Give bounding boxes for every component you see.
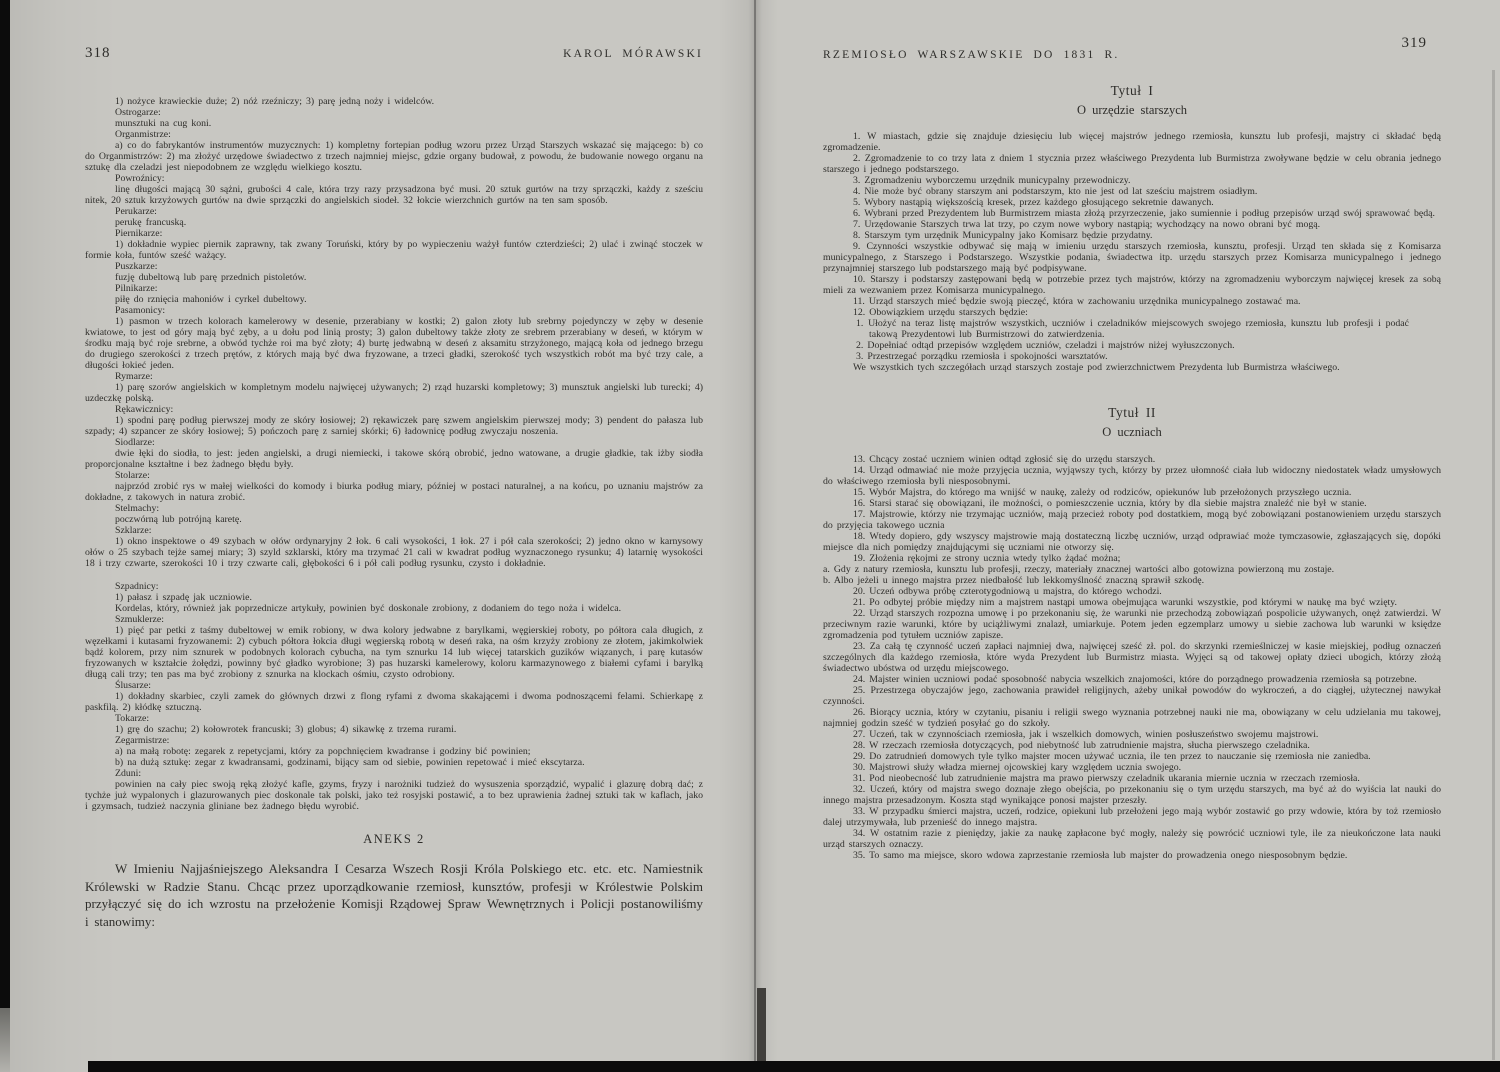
paragraph: 16. Starsi starać się obowiązani, ile mo… [823,498,1441,509]
paragraph: 19. Złożenia rękojmi ze strony ucznia wt… [823,553,1441,564]
paragraph: 3. Przestrzegać porządku rzemiosła i spo… [869,351,1409,362]
paragraph: Rymarze: [85,371,703,382]
paragraph: 1) okno inspektowe o 49 szybach w ołów o… [85,536,703,569]
paragraph: 1) parę szorów angielskich w kompletnym … [85,382,703,404]
paragraph: Zegarmistrze: [85,735,703,746]
page-318: 318 KAROL MÓRAWSKI 1) nożyce krawieckie … [85,45,703,930]
paragraph: 6. Wybrani przed Prezydentem lub Burmist… [823,208,1441,219]
paragraph: 24. Majster winien uczniowi podać sposob… [823,674,1441,685]
scan-edge-left [0,0,10,1008]
paragraph: 25. Przestrzega obyczajów jego, zachowan… [823,685,1441,707]
paragraph: 22. Urząd starszych rozpozna umowę i po … [823,608,1441,641]
paragraph: Organmistrze: [85,129,703,140]
paragraph: b) na dużą sztukę: zegar z kwadransami, … [85,757,703,768]
aneks-paragraph: W Imieniu Najjaśniejszego Aleksandra I C… [85,860,703,930]
paragraph: linę długości mającą 30 sążni, grubości … [85,184,703,206]
page-fold-dark-bottom [757,988,766,1062]
paragraph: 4. Nie może być obrany starszym ani pods… [823,186,1441,197]
paragraph: 21. Po odbytej próbie między nim a majst… [823,597,1441,608]
paragraph: a) na małą robotę: zegarek z repetycjami… [85,746,703,757]
paragraph: 8. Starszym tym urzędnik Municypalny jak… [823,230,1441,241]
paragraph: Szmuklerze: [85,614,703,625]
paragraph: Szklarze: [85,525,703,536]
paragraph: 17. Majstrowie, którzy nie trzymając ucz… [823,509,1441,531]
paragraph: najprzód zrobić rys w małej wielkości do… [85,481,703,503]
paragraph: perukę francuską. [85,217,703,228]
section2-block: Tytuł II O uczniach 13. Chcący zostać uc… [823,405,1441,861]
paragraph: 2. Dopełniać odtąd przepisów względem uc… [869,340,1409,351]
paragraph: 27. Uczeń, tak w czynnościach rzemiosła,… [823,729,1441,740]
paragraph: 33. W przypadku śmierci majstra, uczeń, … [823,806,1441,828]
paragraph: Pasamonicy: [85,305,703,316]
paragraph: 9. Czynności wszystkie odbywać się mają … [823,241,1441,274]
section2-title: Tytuł II [823,405,1441,421]
paragraph: 23. Za całą tę czynność uczeń zapłaci na… [823,641,1441,674]
section2-subtitle: O uczniach [823,425,1441,440]
page-319: 319 RZEMIOSŁO WARSZAWSKIE DO 1831 R. Tyt… [823,35,1441,861]
paragraph: 1) nożyce krawieckie duże; 2) nóż rzeźni… [85,96,703,107]
paragraph: 11. Urząd starszych mieć będzie swoją pi… [823,296,1441,307]
paragraph: 1) pięć par petki z taśmy dubeltowej w e… [85,625,703,680]
section2-items: 13. Chcący zostać uczniem winien odtąd z… [823,454,1441,861]
paragraph: Perukarze: [85,206,703,217]
paragraph: Szpadnicy: [85,581,703,592]
paragraph: 1) dokładnie wypiec piernik zaprawny, ta… [85,239,703,261]
paragraph: 15. Wybór Majstra, do którego ma wnijść … [823,487,1441,498]
paragraph: 13. Chcący zostać uczniem winien odtąd z… [823,454,1441,465]
section1-title: Tytuł I [823,83,1441,99]
paragraph: 20. Uczeń odbywa próbę czterotygodniową … [823,586,1441,597]
paragraph: 1) spodni parę podług pierwszej mody ze … [85,415,703,437]
paragraph: Kordelas, który, również jak poprzednicz… [85,603,703,614]
paragraph: Ślusarze: [85,680,703,691]
paragraph: 32. Uczeń, który od majstra swego doznaj… [823,784,1441,806]
paragraph: a. Gdy z natury rzemiosła, kunsztu lub p… [823,564,1441,575]
paragraph: 10. Starszy i podstarszy zastępowani będ… [823,274,1441,296]
paragraph: Piernikarze: [85,228,703,239]
paragraph: 14. Urząd odmawiać nie może przyjęcia uc… [823,465,1441,487]
paragraph: 12. Obowiązkiem urzędu starszych będzie: [823,307,1441,318]
paragraph: 1) pałasz i szpadę jak uczniowie. [85,592,703,603]
page-left-header: 318 KAROL MÓRAWSKI [85,45,703,62]
page-gutter-shadow [718,0,798,1072]
paragraph: We wszystkich tych szczegółach urząd sta… [823,362,1441,373]
page-number-right: 319 [1402,35,1428,52]
paragraph: 1) pasmon w trzech kolorach kamelerowy w… [85,316,703,371]
paragraph: 35. To samo ma miejsce, skoro wdowa zapr… [823,850,1441,861]
paragraph: Pilnikarze: [85,283,703,294]
paragraph: 26. Biorący ucznia, który w czytaniu, pi… [823,707,1441,729]
left-body-text: 1) nożyce krawieckie duże; 2) nóż rzeźni… [85,96,703,812]
paragraph: poczwórną lub potrójną karetę. [85,514,703,525]
paragraph: b. Albo jeżeli u innego majstra przez ni… [823,575,1441,586]
paragraph: 34. W ostatnim razie z pieniędzy, jakie … [823,828,1441,850]
paragraph: 5. Wybory nastąpią większością kresek, p… [823,197,1441,208]
paragraph: Ostrogarze: [85,107,703,118]
paragraph: Stelmachy: [85,503,703,514]
paragraph: 7. Urzędowanie Starszych trwa lat trzy, … [823,219,1441,230]
paragraph: Stolarze: [85,470,703,481]
page-fold-line [754,0,756,1072]
paragraph: dwie łęki do siodła, to jest: jeden angi… [85,448,703,470]
page-number-left: 318 [85,45,111,62]
running-head-left: KAROL MÓRAWSKI [563,48,703,60]
section1-items: 1. W miastach, gdzie się znajduje dziesi… [823,131,1441,373]
page-edge-right [1492,70,1495,1060]
paragraph: Rękawicznicy: [85,404,703,415]
paragraph: a) co do fabrykantów instrumentów muzycz… [85,140,703,173]
paragraph: 1) dokładny skarbiec, czyli zamek do głó… [85,691,703,713]
aneks-heading: ANEKS 2 [85,832,703,847]
paragraph: 1. W miastach, gdzie się znajduje dziesi… [823,131,1441,153]
paragraph: 28. W rzeczach rzemiosła dotyczących, po… [823,740,1441,751]
book-spread-scan: 318 KAROL MÓRAWSKI 1) nożyce krawieckie … [0,0,1500,1072]
paragraph: Zduni: [85,768,703,779]
paragraph: 1) grę do szachu; 2) kołowrotek francusk… [85,724,703,735]
running-head-right: RZEMIOSŁO WARSZAWSKIE DO 1831 R. [823,49,1441,61]
paragraph: 31. Pod nieobecność lub zatrudnienie maj… [823,773,1441,784]
paragraph: Tokarze: [85,713,703,724]
scan-edge-left-fade [0,1008,10,1072]
paragraph: fuzję dubeltową lub parę przednich pisto… [85,272,703,283]
paragraph: munsztuki na cug koni. [85,118,703,129]
paragraph: Puszkarze: [85,261,703,272]
paragraph: powinien na cały piec swoją ręką złożyć … [85,779,703,812]
paragraph: 3. Zgromadzeniu wyborczemu urzędnik muni… [823,175,1441,186]
paragraph: 30. Majstrowi służy władza miernej ojcow… [823,762,1441,773]
paragraph: 29. Do zatrudnień domowych tyle tylko ma… [823,751,1441,762]
paragraph: piłę do rznięcia mahoniów i cyrkel dubel… [85,294,703,305]
paragraph: 2. Zgromadzenie to co trzy lata z dniem … [823,153,1441,175]
paragraph: Powroźnicy: [85,173,703,184]
scan-edge-bottom [88,1061,1500,1072]
section1-subtitle: O urzędzie starszych [823,103,1441,118]
paragraph: 1. Ułożyć na teraz listę majstrów wszyst… [869,318,1409,340]
paragraph: 18. Wtedy dopiero, gdy wszyscy majstrowi… [823,531,1441,553]
paragraph: Siodlarze: [85,437,703,448]
